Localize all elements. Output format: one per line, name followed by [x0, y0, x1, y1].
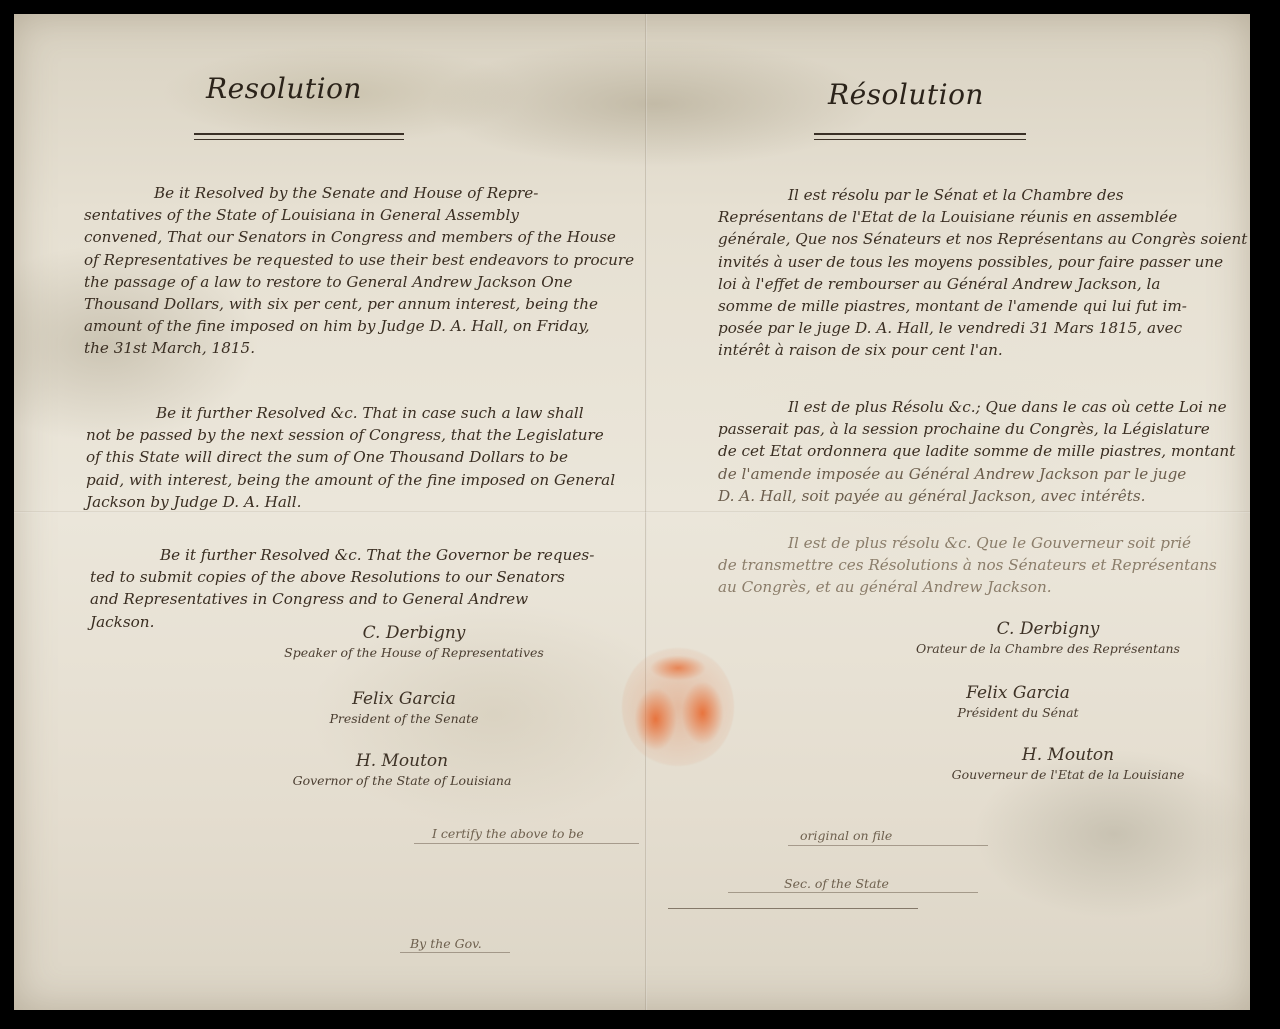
text-line: of this State will direct the sum of One… — [86, 446, 615, 468]
signature-title: Président du Sénat — [868, 704, 1168, 722]
text-line: Thousand Dollars, with six per cent, per… — [84, 293, 634, 315]
signature-line — [668, 908, 918, 909]
signature-name: C. Derbigny — [888, 618, 1208, 640]
certification-text: I certify the above to be — [432, 826, 584, 841]
french-heading-double-rule — [814, 133, 1026, 140]
text-line: not be passed by the next session of Con… — [86, 424, 615, 446]
french-resolution-3: Il est de plus résolu &c. Que le Gouvern… — [718, 532, 1217, 599]
text-line: of Representatives be requested to use t… — [84, 249, 634, 271]
french-heading: Résolution — [828, 78, 984, 111]
french-resolution-2: Il est de plus Résolu &c.; Que dans le c… — [718, 396, 1235, 507]
certification-underline-fr — [788, 845, 988, 846]
signature-title: Gouverneur de l'Etat de la Louisiane — [898, 766, 1238, 784]
text-line: Représentans de l'Etat de la Louisiane r… — [718, 206, 1247, 228]
signature-name: H. Mouton — [252, 750, 552, 772]
text-line: de l'amende imposée au Général Andrew Ja… — [718, 463, 1235, 485]
manuscript-page: Resolution Be it Resolved by the Senate … — [14, 14, 1250, 1010]
text-line: loi à l'effet de rembourser au Général A… — [718, 273, 1247, 295]
secretary-underline — [728, 892, 978, 893]
text-line: D. A. Hall, soit payée au général Jackso… — [718, 485, 1235, 507]
signature-title: Orateur de la Chambre des Représentans — [888, 640, 1208, 658]
certification-secretary: Sec. of the State — [784, 876, 889, 891]
text-line: intérêt à raison de six pour cent l'an. — [718, 339, 1247, 361]
signature-name: Felix Garcia — [868, 682, 1168, 704]
english-resolution-2: Be it further Resolved &c. That in case … — [86, 402, 615, 513]
text-line: sentatives of the State of Louisiana in … — [84, 204, 634, 226]
text-line: ted to submit copies of the above Resolu… — [90, 566, 594, 588]
text-line: amount of the fine imposed on him by Jud… — [84, 315, 634, 337]
text-line: and Representatives in Congress and to G… — [90, 588, 594, 610]
english-resolution-3: Be it further Resolved &c. That the Gove… — [90, 544, 594, 633]
text-line: Jackson by Judge D. A. Hall. — [86, 491, 615, 513]
text-line: de transmettre ces Résolutions à nos Sén… — [718, 554, 1217, 576]
text-line: Il est de plus résolu &c. Que le Gouvern… — [718, 532, 1217, 554]
english-heading-double-rule — [194, 133, 404, 140]
english-column: Resolution Be it Resolved by the Senate … — [14, 14, 644, 1010]
english-resolution-1: Be it Resolved by the Senate and House o… — [84, 182, 634, 360]
text-line: convened, That our Senators in Congress … — [84, 226, 634, 248]
text-line: Be it further Resolved &c. That in case … — [86, 402, 615, 424]
french-resolution-1: Il est résolu par le Sénat et la Chambre… — [718, 184, 1247, 362]
signature-speaker-en: C. Derbigny Speaker of the House of Repr… — [264, 622, 564, 662]
text-line: de cet Etat ordonnera que ladite somme d… — [718, 440, 1235, 462]
text-line: Il est de plus Résolu &c.; Que dans le c… — [718, 396, 1235, 418]
signature-governor-en: H. Mouton Governor of the State of Louis… — [252, 750, 552, 790]
french-column: Résolution Il est résolu par le Sénat et… — [648, 14, 1250, 1010]
text-line: somme de mille piastres, montant de l'am… — [718, 295, 1247, 317]
text-line: Be it Resolved by the Senate and House o… — [84, 182, 634, 204]
text-line: paid, with interest, being the amount of… — [86, 469, 615, 491]
signature-name: H. Mouton — [898, 744, 1238, 766]
text-line: posée par le juge D. A. Hall, le vendred… — [718, 317, 1247, 339]
text-line: invités à user de tous les moyens possib… — [718, 251, 1247, 273]
signature-title: Governor of the State of Louisiana — [252, 772, 552, 790]
signature-senate-president-en: Felix Garcia President of the Senate — [254, 688, 554, 728]
signature-title: President of the Senate — [254, 710, 554, 728]
english-heading: Resolution — [206, 72, 362, 105]
text-line: Be it further Resolved &c. That the Gove… — [90, 544, 594, 566]
signature-name: C. Derbigny — [264, 622, 564, 644]
text-line: au Congrès, et au général Andrew Jackson… — [718, 576, 1217, 598]
text-line: the passage of a law to restore to Gener… — [84, 271, 634, 293]
signature-governor-fr: H. Mouton Gouverneur de l'Etat de la Lou… — [898, 744, 1238, 784]
signature-senate-president-fr: Felix Garcia Président du Sénat — [868, 682, 1168, 722]
certification-text-fr: original on file — [800, 828, 892, 843]
footer-note: By the Gov. — [410, 936, 482, 951]
text-line: Il est résolu par le Sénat et la Chambre… — [718, 184, 1247, 206]
certification-underline — [414, 843, 639, 844]
signature-name: Felix Garcia — [254, 688, 554, 710]
footer-underline — [400, 952, 510, 953]
text-line: the 31st March, 1815. — [84, 337, 634, 359]
signature-title: Speaker of the House of Representatives — [264, 644, 564, 662]
text-line: passerait pas, à la session prochaine du… — [718, 418, 1235, 440]
text-line: générale, Que nos Sénateurs et nos Repré… — [718, 228, 1247, 250]
signature-speaker-fr: C. Derbigny Orateur de la Chambre des Re… — [888, 618, 1208, 658]
